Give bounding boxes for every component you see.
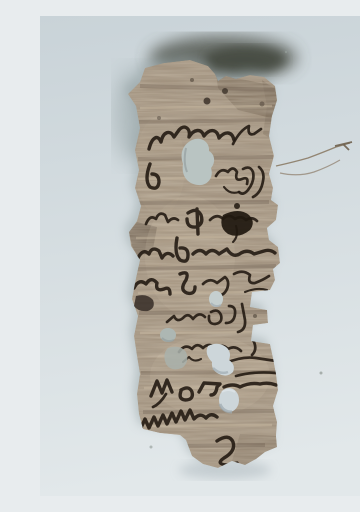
papyrus-photo (40, 16, 360, 496)
papyrus-fragment (128, 60, 280, 468)
top-shadow-core (205, 46, 285, 74)
photo-canvas: Photograph of a narrow torn papyrus frag… (40, 16, 360, 496)
hole-depression (164, 347, 187, 370)
ink-blot-small (234, 203, 240, 209)
